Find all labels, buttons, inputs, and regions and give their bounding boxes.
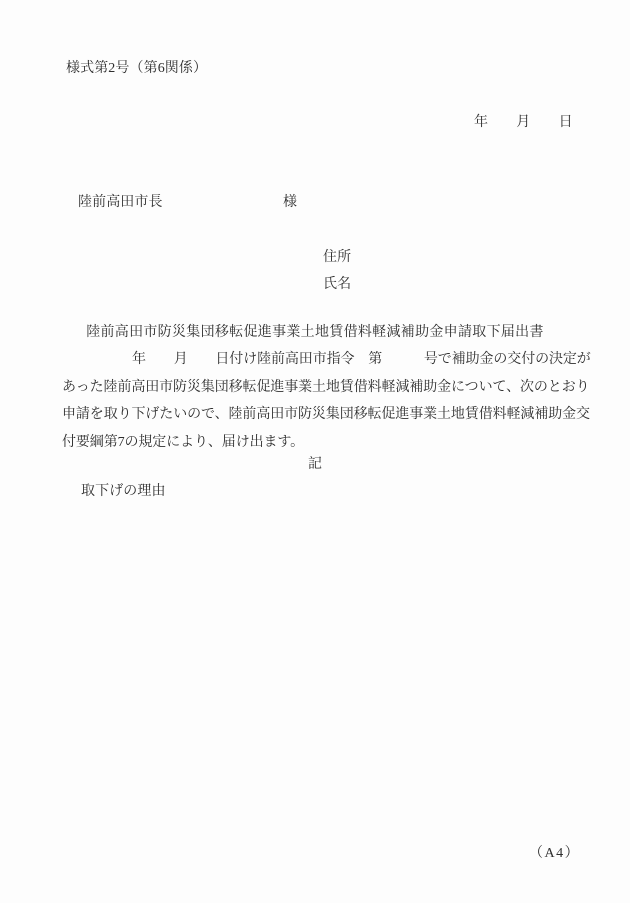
addressee-honorific: 様 (283, 196, 297, 210)
withdrawal-reason-label: 取下げの理由 (81, 485, 166, 499)
name-label: 氏名 (323, 278, 351, 292)
form-number: 様式第2号（第6関係） (66, 62, 207, 76)
date-blank-line: 年 月 日 (474, 116, 573, 130)
addressee-row: 陸前高田市長 様 (0, 196, 630, 212)
address-label: 住所 (323, 251, 351, 265)
body-line-2: あった陸前高田市防災集団移転促進事業土地賃借料軽減補助金について、次のとおり (62, 374, 602, 402)
document-page: 様式第2号（第6関係） 年 月 日 陸前高田市長 様 住所 氏名 陸前高田市防災… (0, 0, 630, 903)
paper-size-marker: （A4） (529, 847, 580, 861)
body-paragraph: 年 月 日付け陸前高田市指令 第 号で補助金の交付の決定が あった陸前高田市防災… (62, 346, 602, 456)
document-title: 陸前高田市防災集団移転促進事業土地賃借料軽減補助金申請取下届出書 (0, 326, 630, 340)
body-line-1: 年 月 日付け陸前高田市指令 第 号で補助金の交付の決定が (62, 346, 602, 374)
body-line-4: 付要綱第7の規定により、届け出ます。 (62, 429, 602, 457)
addressee-name: 陸前高田市長 (78, 196, 163, 210)
record-marker: 記 (0, 458, 630, 472)
body-line-3: 申請を取り下げたいので、陸前高田市防災集団移転促進事業土地賃借料軽減補助金交 (62, 401, 602, 429)
